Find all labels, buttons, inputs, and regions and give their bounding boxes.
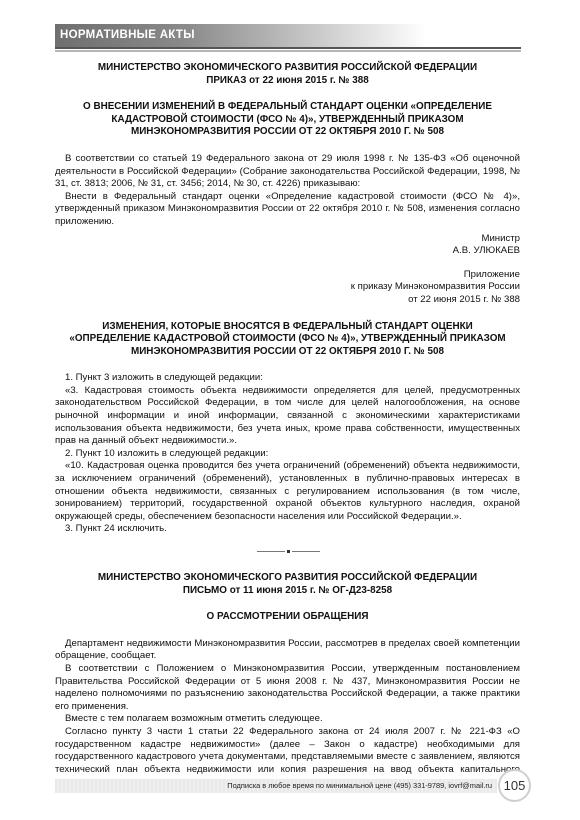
changes-title-line: «ОПРЕДЕЛЕНИЕ КАДАСТРОВОЙ СТОИМОСТИ (ФСО …: [55, 333, 520, 346]
changes-paragraph: 2. Пункт 10 изложить в следующей редакци…: [55, 448, 520, 461]
changes-paragraph: 1. Пункт 3 изложить в следующей редакции…: [55, 372, 520, 385]
section-header-bar: НОРМАТИВНЫЕ АКТЫ: [55, 24, 427, 48]
divider-dot: [287, 550, 290, 553]
changes-title-line: ИЗМЕНЕНИЯ, КОТОРЫЕ ВНОСЯТСЯ В ФЕДЕРАЛЬНЫ…: [55, 321, 520, 334]
page-number: 105: [500, 771, 529, 800]
section-divider: [55, 546, 520, 558]
order-doc-line: ПРИКАЗ от 22 июня 2015 г. № 388: [55, 75, 520, 88]
appendix-line: к приказу Минэкономразвития России: [55, 281, 520, 294]
changes-title-line: МИНЭКОНОМРАЗВИТИЯ РОССИИ ОТ 22 ОКТЯБРЯ 2…: [55, 346, 520, 359]
page-number-badge: 105: [498, 769, 531, 802]
signature-name: А.В. УЛЮКАЕВ: [55, 245, 520, 258]
appendix-line: от 22 июня 2015 г. № 388: [55, 294, 520, 307]
footer-bar: Подписка в любое время по минимальной це…: [55, 779, 497, 793]
letter-doc-line: ПИСЬМО от 11 июня 2015 г. № ОГ-Д23-8258: [55, 585, 520, 598]
changes-paragraph: «10. Кадастровая оценка проводится без у…: [55, 460, 520, 523]
letter-paragraph: Вместе с тем полагаем возможным отметить…: [55, 713, 520, 726]
order-title-line: МИНЭКОНОМРАЗВИТИЯ РОССИИ ОТ 22 ОКТЯБРЯ 2…: [55, 126, 520, 139]
letter-paragraph: Департамент недвижимости Минэкономразвит…: [55, 638, 520, 663]
order-ministry: МИНИСТЕРСТВО ЭКОНОМИЧЕСКОГО РАЗВИТИЯ РОС…: [55, 62, 520, 75]
changes-paragraph: 3. Пункт 24 исключить.: [55, 523, 520, 536]
signature-position: Министр: [55, 233, 520, 246]
order-paragraph: Внести в Федеральный стандарт оценки «Оп…: [55, 191, 520, 229]
rule-light: [55, 50, 521, 52]
subscription-text: Подписка в любое время по минимальной це…: [227, 781, 492, 790]
order-title-line: КАДАСТРОВОЙ СТОИМОСТИ (ФСО № 4)», УТВЕРЖ…: [55, 114, 520, 127]
letter-ministry: МИНИСТЕРСТВО ЭКОНОМИЧЕСКОГО РАЗВИТИЯ РОС…: [55, 572, 520, 585]
rule-dark: [55, 47, 521, 49]
appendix-line: Приложение: [55, 269, 520, 282]
section-title: НОРМАТИВНЫЕ АКТЫ: [60, 29, 195, 41]
divider-line-right: [292, 551, 320, 552]
letter-paragraph: В соответствии с Положением о Минэкономр…: [55, 663, 520, 713]
divider-line-left: [257, 551, 285, 552]
changes-paragraph: «3. Кадастровая стоимость объекта недвиж…: [55, 385, 520, 448]
letter-title: О РАССМОТРЕНИИ ОБРАЩЕНИЯ: [55, 611, 520, 624]
header-rule: [55, 47, 521, 52]
order-paragraph: В соответствии со статьей 19 Федеральног…: [55, 153, 520, 191]
page-content: МИНИСТЕРСТВО ЭКОНОМИЧЕСКОГО РАЗВИТИЯ РОС…: [55, 62, 520, 789]
order-title-line: О ВНЕСЕНИИ ИЗМЕНЕНИЙ В ФЕДЕРАЛЬНЫЙ СТАНД…: [55, 101, 520, 114]
